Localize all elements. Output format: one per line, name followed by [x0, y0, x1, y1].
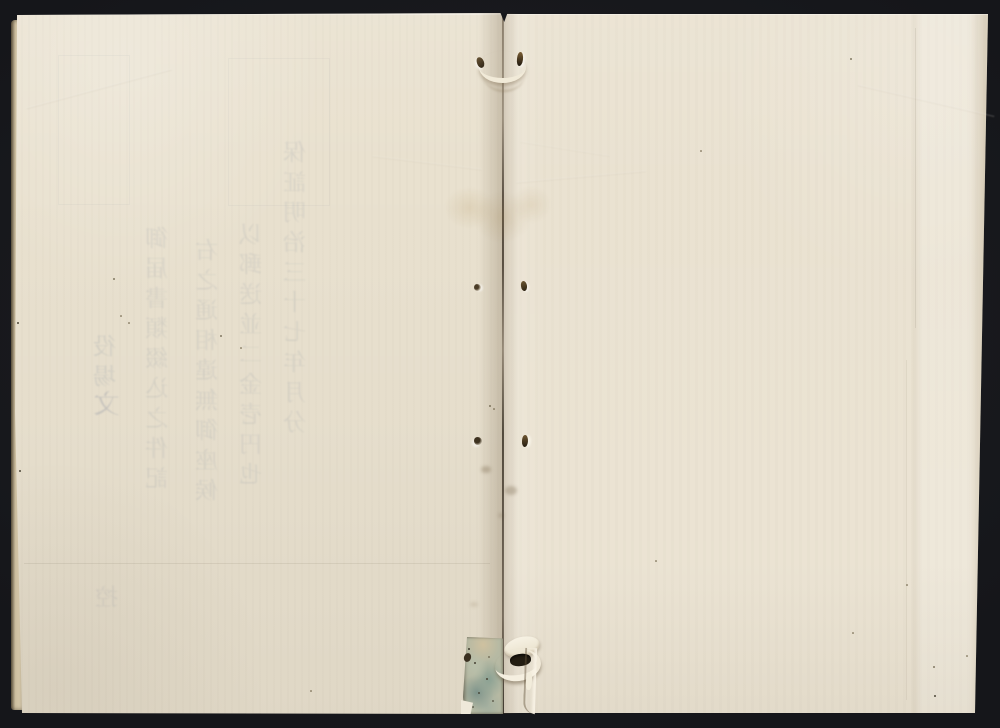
- paper-speck: [128, 322, 130, 324]
- ghost-text-column: 右之通相違無御座候: [198, 238, 221, 508]
- ghost-text-column: 控: [98, 585, 121, 615]
- paper-speck: [17, 322, 19, 324]
- paper-speck: [906, 584, 908, 586]
- ghost-text-column: 文: [96, 390, 122, 423]
- ink-smudge: [505, 486, 517, 495]
- right-page-top-edge-highlight: [503, 13, 988, 15]
- left-page-top-edge-highlight: [14, 13, 503, 15]
- ink-smudge: [481, 466, 491, 473]
- ghost-text-column: 以郵送並二金壱円也: [242, 222, 265, 492]
- ghost-table-outline: [58, 55, 130, 205]
- ink-smudge: [498, 513, 504, 518]
- ink-smudge: [470, 602, 478, 607]
- paper-speck: [120, 315, 122, 317]
- paper-speck: [489, 405, 491, 407]
- stitch-hole: [474, 437, 482, 445]
- ghost-text-column: 御届書類綴込之件記: [148, 226, 171, 496]
- ghost-text-column: 保証明治三十七年月分: [286, 140, 309, 440]
- paper-speck: [220, 335, 222, 337]
- paper-speck: [966, 655, 968, 657]
- paper-speck: [850, 58, 852, 60]
- spine-center-line: [502, 13, 504, 714]
- photo-background: 保証明治三十七年月分 以郵送並二金壱円也 右之通相違無御座候 御届書類綴込之件記…: [0, 0, 1000, 728]
- fold-line: [24, 563, 490, 564]
- ghost-table-outline: [228, 58, 330, 206]
- paper-speck: [934, 695, 936, 697]
- paper-speck: [113, 278, 115, 280]
- gutter-shadow-left: [478, 13, 503, 714]
- ghost-text-column: 役場: [96, 334, 119, 394]
- fold-line: [915, 28, 916, 328]
- paper-speck: [310, 690, 312, 692]
- gutter-shadow-right: [503, 13, 519, 714]
- torn-patch-specks: [468, 648, 470, 650]
- paper-speck: [493, 408, 495, 410]
- paper-speck: [933, 666, 935, 668]
- paper-speck: [700, 150, 702, 152]
- paper-speck: [852, 632, 854, 634]
- water-stain: [445, 183, 555, 245]
- paper-speck: [655, 560, 657, 562]
- fold-line: [906, 360, 907, 700]
- paper-speck: [240, 347, 242, 349]
- paper-speck: [19, 470, 21, 472]
